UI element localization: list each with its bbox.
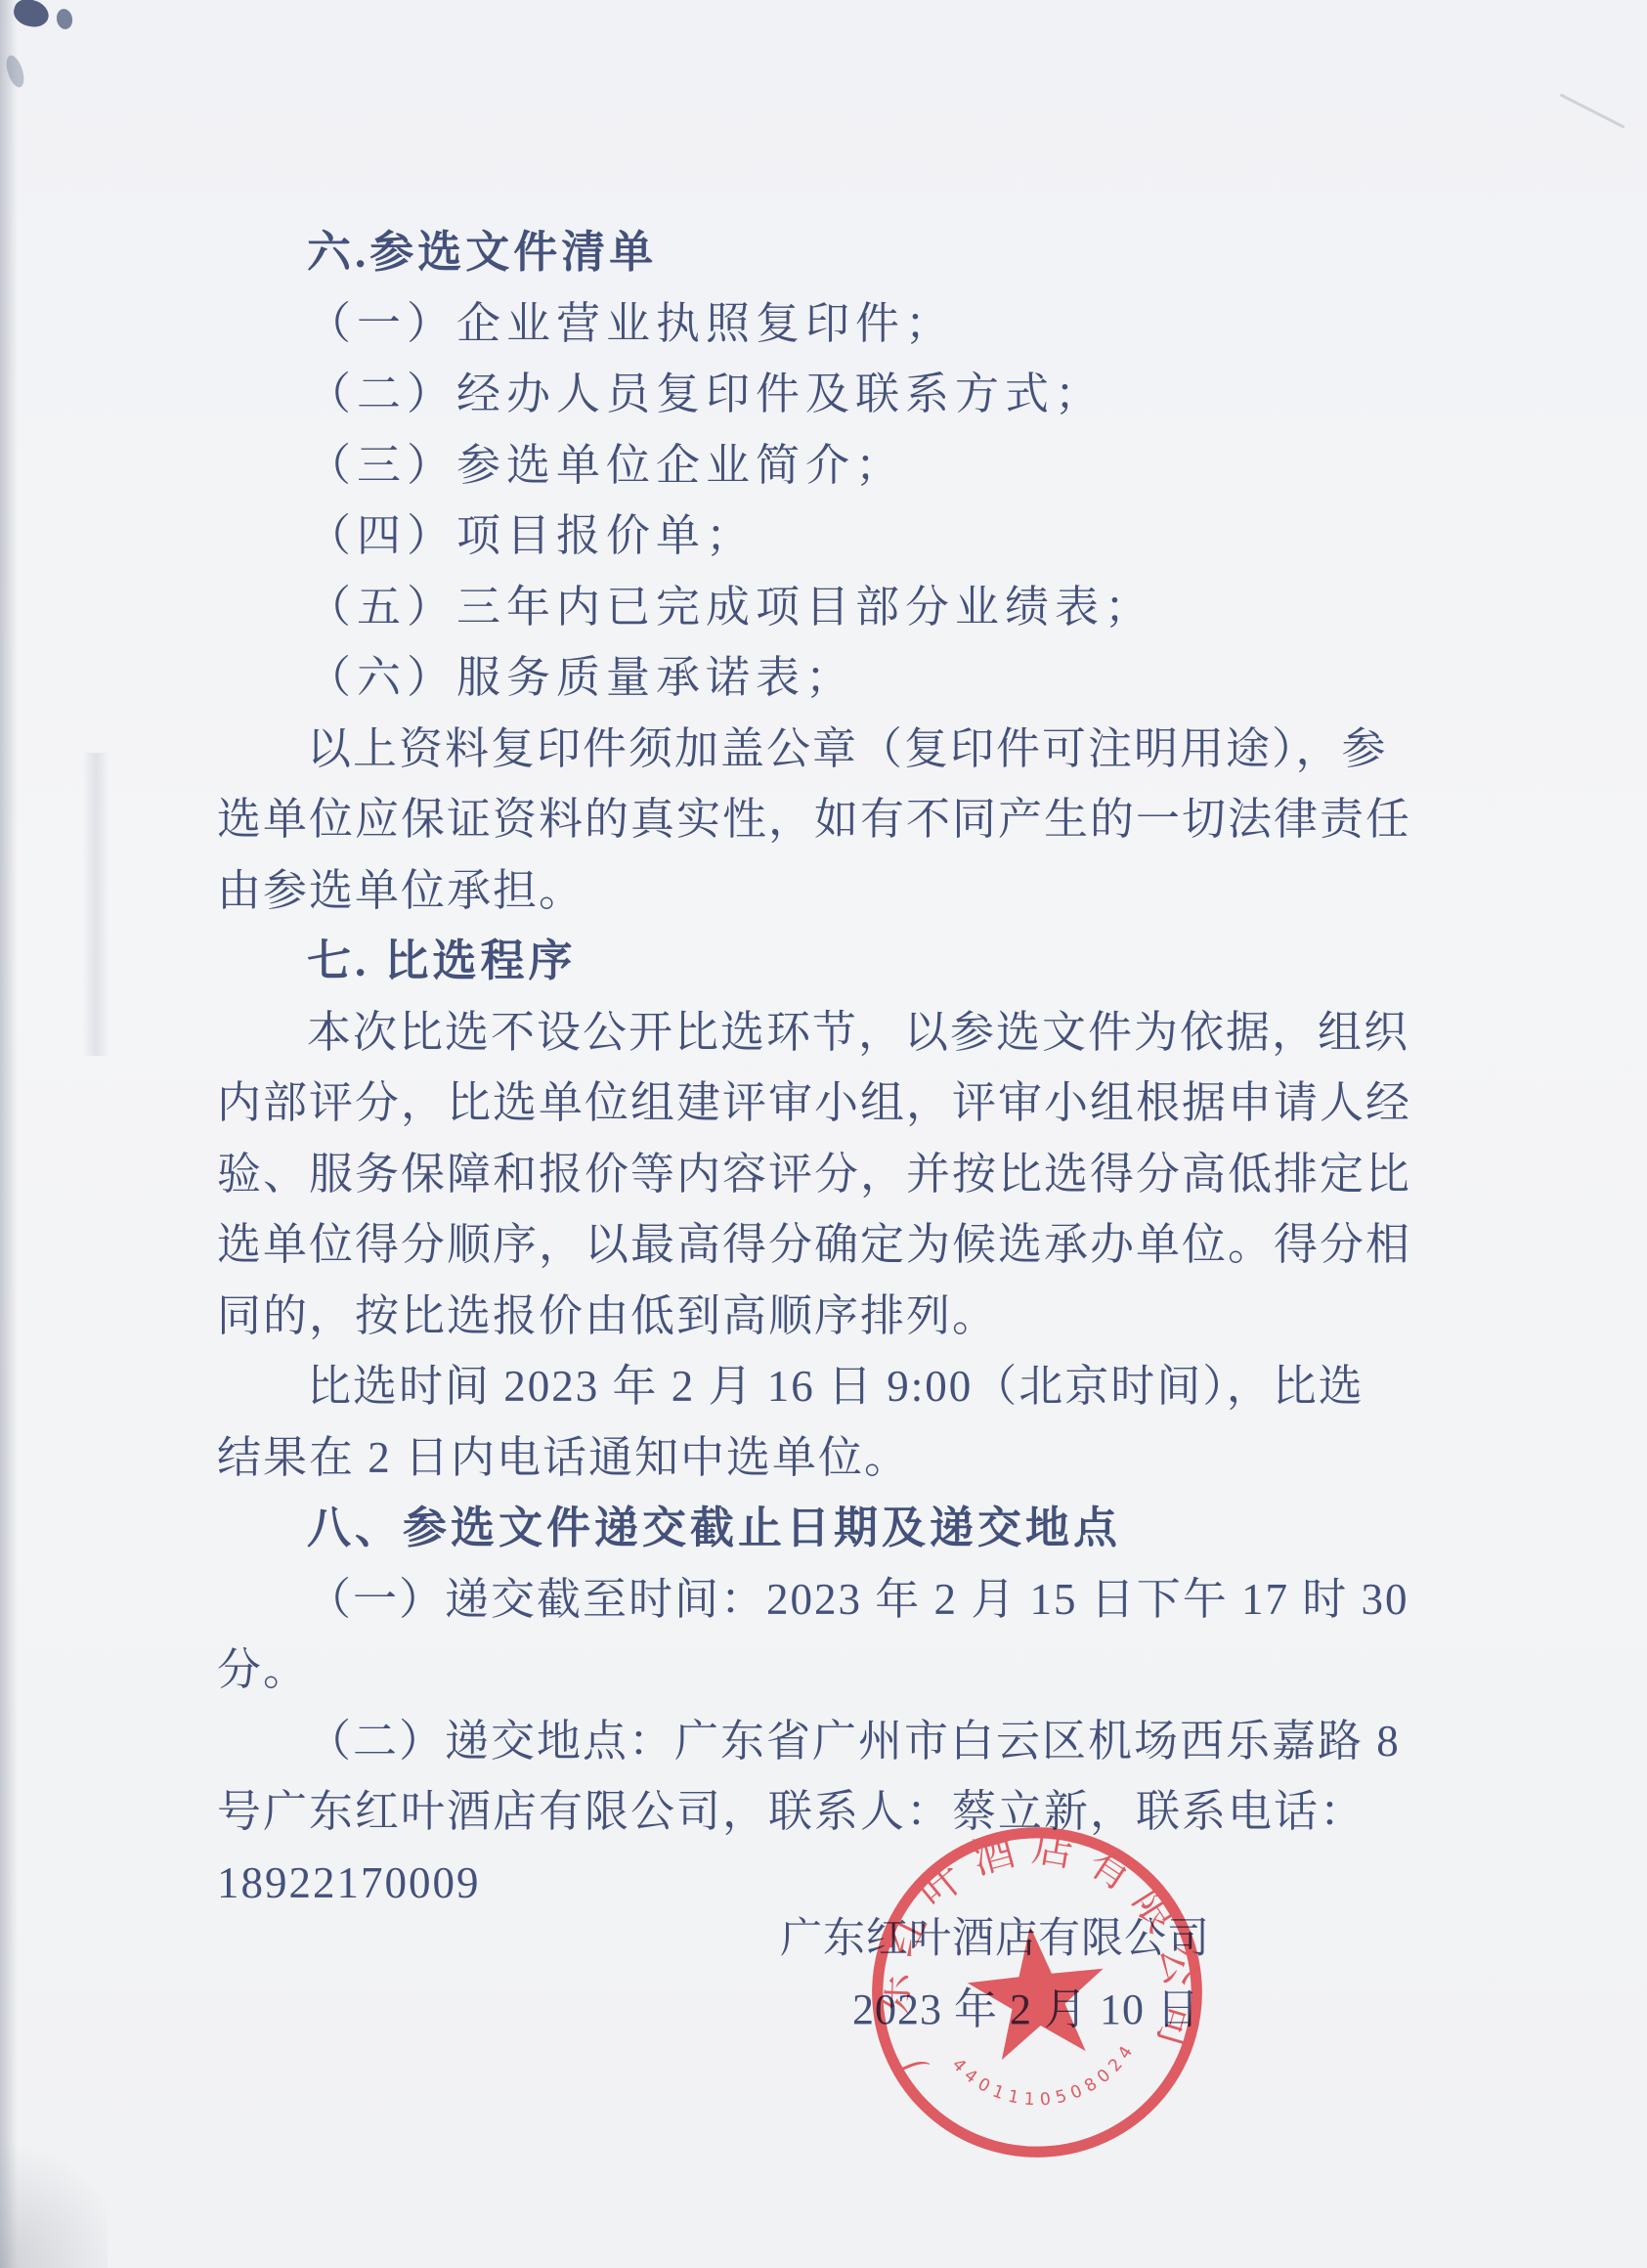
list-item-6: （六）服务质量承诺表； [217, 642, 1439, 714]
paragraph-line: 同的，按比选报价由低到高顺序排列。 [217, 1281, 1439, 1352]
address-line: （二）递交地点：广东省广州市白云区机场西乐嘉路 8 [217, 1706, 1439, 1777]
paragraph-line: 选单位得分顺序，以最高得分确定为候选承办单位。得分相 [217, 1209, 1439, 1281]
scan-edge-shadow [0, 0, 18, 2268]
scan-smudge [55, 8, 73, 30]
scan-corner-shade [0, 2121, 108, 2268]
scan-fold-shadow [82, 753, 109, 1056]
star-icon [962, 1919, 1111, 2063]
paragraph-line: 结果在 2 日内电话通知中选单位。 [217, 1422, 1439, 1494]
paragraph-line: 验、服务保障和报价等内容评分，并按比选得分高低排定比 [217, 1139, 1439, 1210]
paragraph-line: 内部评分，比选单位组建评审小组，评审小组根据申请人经 [217, 1068, 1439, 1139]
list-item-1: （一）企业营业执照复印件； [217, 288, 1439, 360]
scanned-document-page: 六.参选文件清单 （一）企业营业执照复印件； （二）经办人员复印件及联系方式； … [0, 0, 1647, 2268]
paragraph-line: 由参选单位承担。 [217, 855, 1439, 927]
company-seal: 广东红叶酒店有限公司 4401110508024 [848, 1804, 1227, 2182]
deadline-line: 分。 [217, 1635, 1439, 1706]
section-7-heading: 七. 比选程序 [217, 926, 1439, 997]
paragraph-line: 比选时间 2023 年 2 月 16 日 9:00（北京时间），比选 [217, 1351, 1439, 1422]
document-body: 六.参选文件清单 （一）企业营业执照复印件； （二）经办人员复印件及联系方式； … [217, 217, 1439, 1918]
deadline-line: （一）递交截至时间：2023 年 2 月 15 日下午 17 时 30 [217, 1564, 1439, 1636]
list-item-3: （三）参选单位企业简介； [217, 430, 1439, 502]
list-item-2: （二）经办人员复印件及联系方式； [217, 359, 1439, 430]
section-6-heading: 六.参选文件清单 [217, 217, 1439, 288]
address-line: 号广东红叶酒店有限公司，联系人：蔡立新，联系电话： [217, 1776, 1439, 1848]
paragraph-line: 选单位应保证资料的真实性，如有不同产生的一切法律责任 [217, 784, 1439, 855]
seal-code-text: 4401110508024 [946, 2036, 1145, 2119]
scan-scratch [1559, 93, 1625, 128]
list-item-5: （五）三年内已完成项目部分业绩表； [217, 572, 1439, 643]
list-item-4: （四）项目报价单； [217, 501, 1439, 572]
section-8-heading: 八、参选文件递交截止日期及递交地点 [217, 1493, 1439, 1564]
contact-phone: 18922170009 [217, 1848, 1439, 1919]
paragraph-line: 以上资料复印件须加盖公章（复印件可注明用途），参 [217, 714, 1439, 785]
paragraph-line: 本次比选不设公开比选环节，以参选文件为依据，组织 [217, 997, 1439, 1069]
